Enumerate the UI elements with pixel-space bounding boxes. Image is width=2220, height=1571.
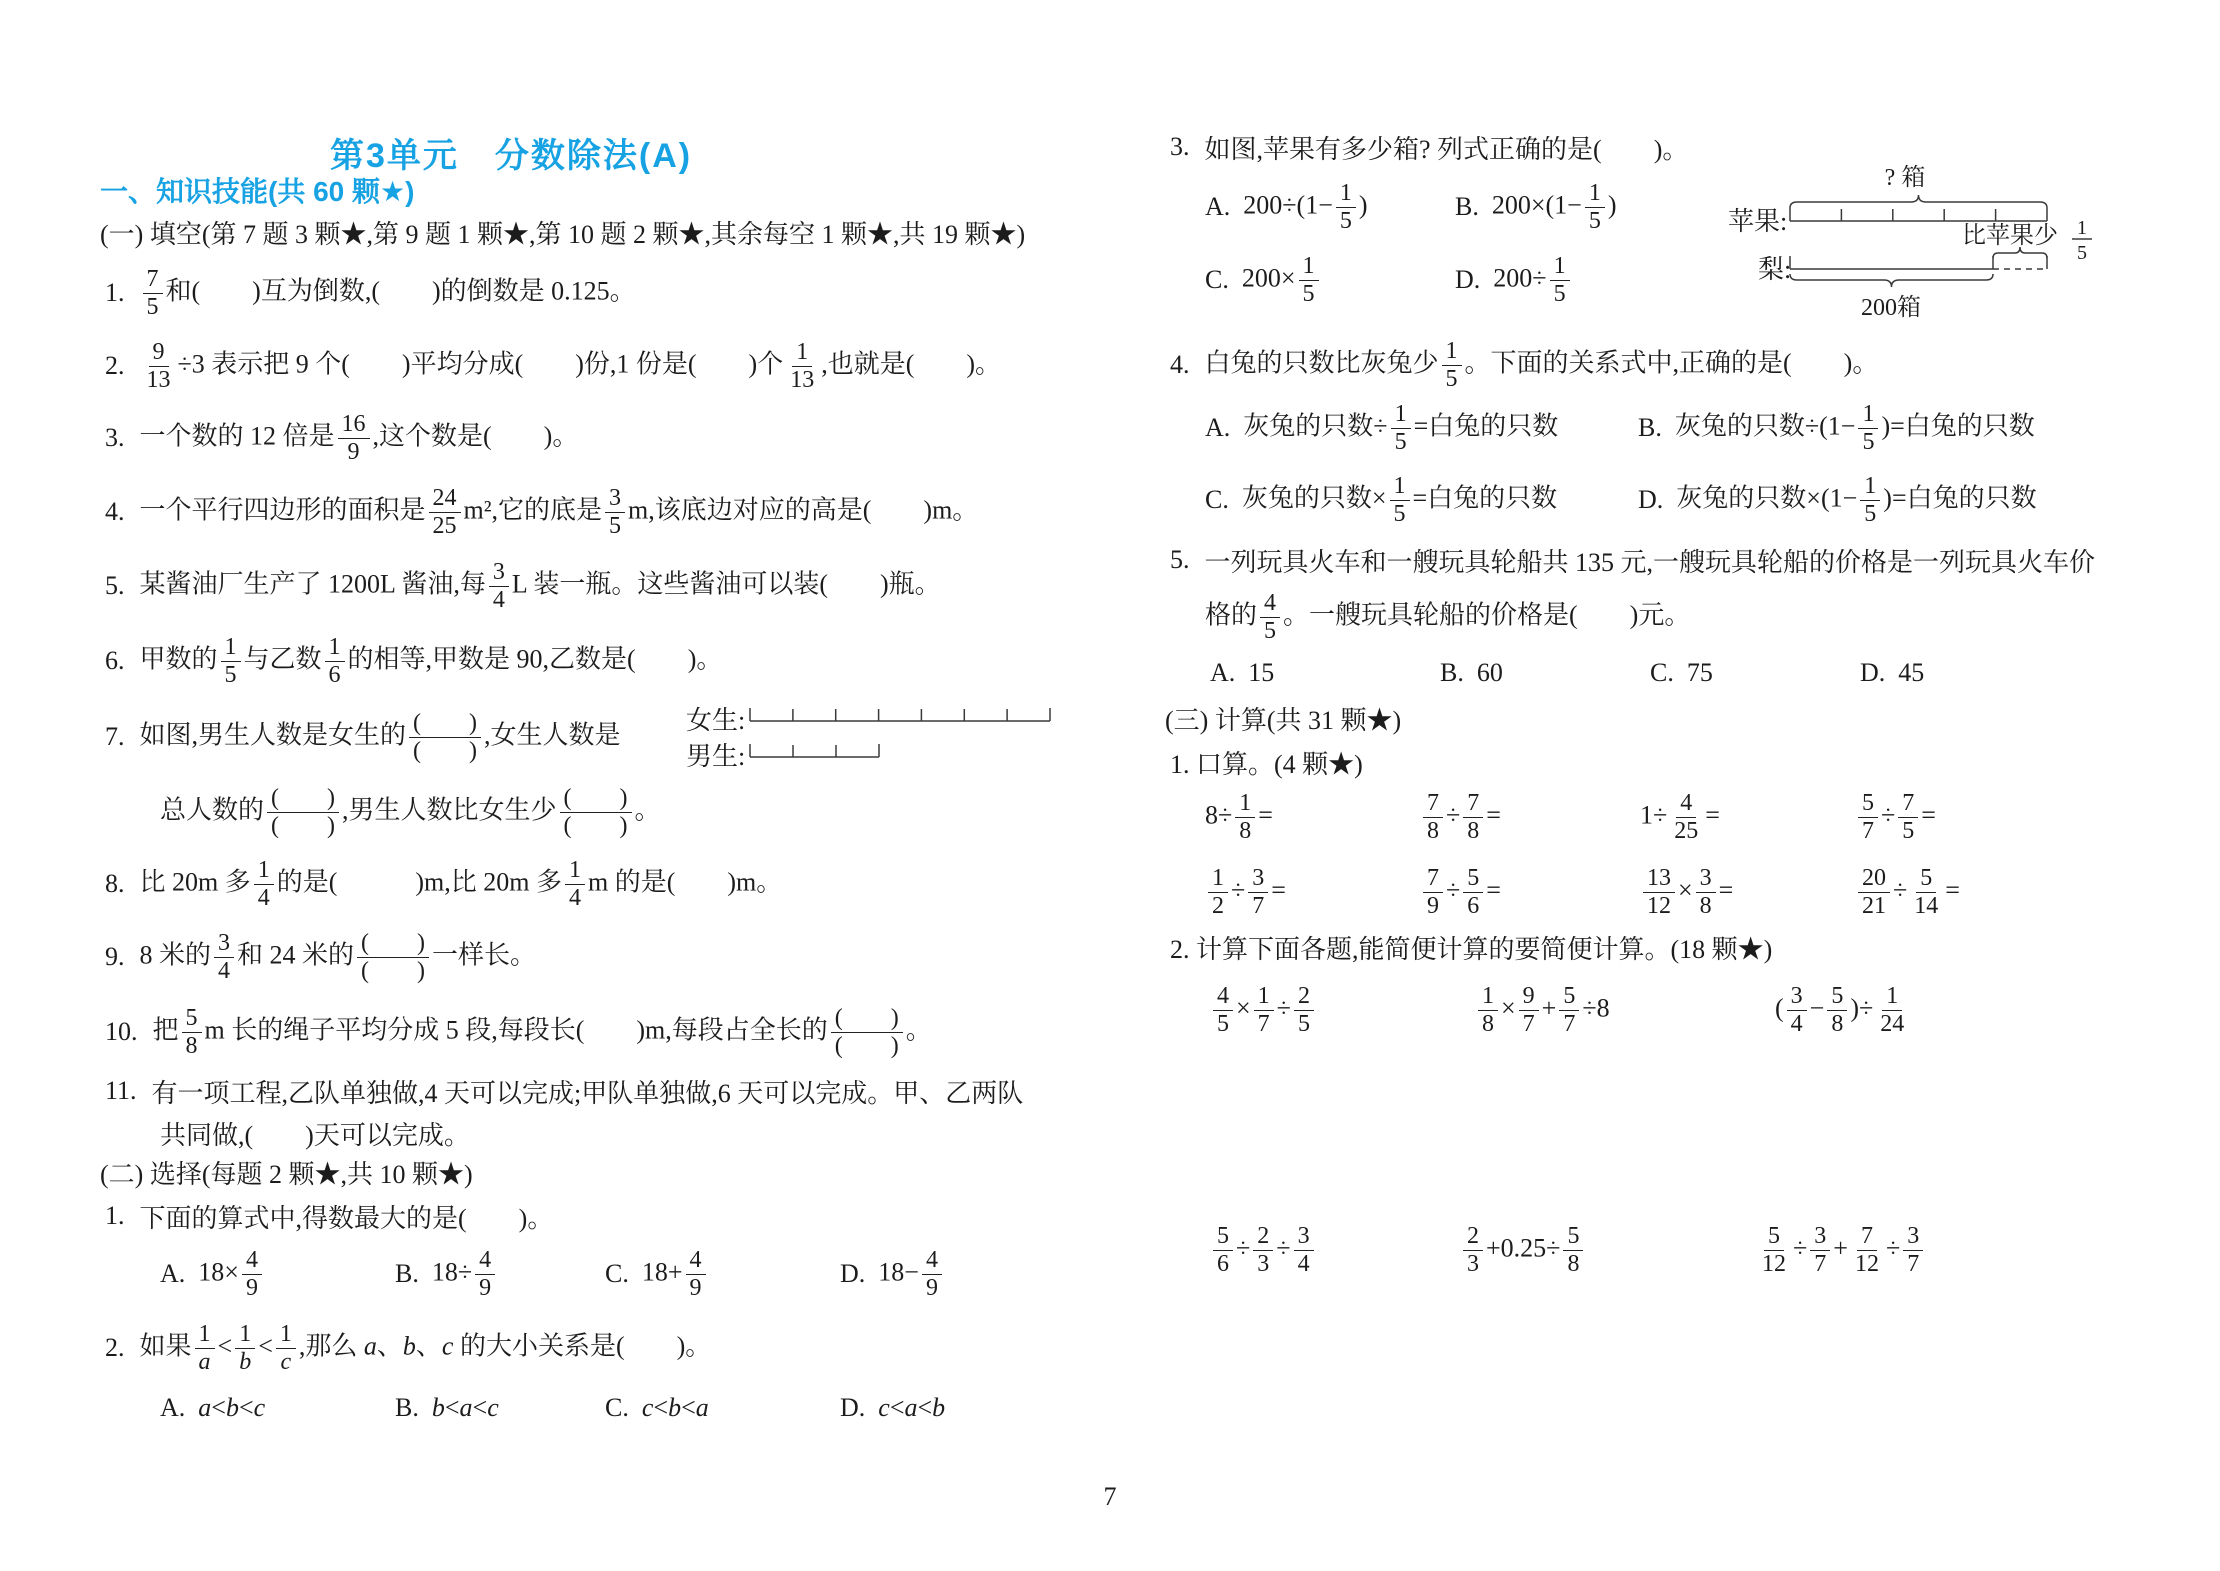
pear-label: 梨: bbox=[1758, 255, 1791, 284]
question-text: 75和( )互为倒数,( )的倒数是 0.125。 bbox=[140, 266, 636, 321]
less-fraction: 1 5 bbox=[2072, 217, 2092, 264]
question-number: 1. bbox=[105, 1201, 125, 1231]
choice-question-3-stem: 3. 如图,苹果有多少箱? 列式正确的是( )。 bbox=[1170, 115, 1688, 179]
question-text: 总人数的( )( ),男生人数比女生少( )( )。 bbox=[160, 785, 661, 840]
fill-section-heading: (一) 填空(第 7 题 3 颗★,第 9 题 1 颗★,第 10 题 2 颗★… bbox=[100, 200, 1025, 264]
option-text: 灰兔的只数×(1−15)=白兔的只数 bbox=[1676, 473, 2036, 528]
question-number: 6. bbox=[105, 646, 125, 676]
option-label: D. bbox=[840, 1259, 865, 1289]
choice4-option-c: C. 灰兔的只数×15=白兔的只数 bbox=[1205, 468, 1557, 532]
fill-question-10: 10. 把58m 长的绳子平均分成 5 段,每段长( )m,每段占全长的( )(… bbox=[105, 1000, 932, 1064]
fill-question-6: 6. 甲数的15与乙数16的相等,甲数是 90,乙数是( )。 bbox=[105, 629, 722, 693]
oral-row1-item2: 78÷78= bbox=[1420, 785, 1501, 849]
boys-bar bbox=[750, 744, 879, 757]
heading-text: 2. 计算下面各题,能简便计算的要简便计算。(18 颗★) bbox=[1170, 929, 1772, 966]
question-number: 10. bbox=[105, 1017, 138, 1047]
question-number: 3. bbox=[105, 423, 125, 453]
written-row2-item3: 512÷37+712÷37 bbox=[1755, 1218, 1926, 1282]
written-row1-item2: 18×97+57÷8 bbox=[1475, 978, 1610, 1042]
expression: 8÷18= bbox=[1205, 790, 1273, 845]
expression: (34−58)÷124 bbox=[1775, 983, 1911, 1038]
fill-question-9: 9. 8 米的34和 24 米的( )( )一样长。 bbox=[105, 925, 536, 989]
option-text: a<b<c bbox=[198, 1393, 265, 1423]
fill-question-1: 1. 75和( )互为倒数,( )的倒数是 0.125。 bbox=[105, 261, 636, 325]
question-text: 如果1a<1b<1c,那么 a、b、c 的大小关系是( )。 bbox=[140, 1321, 712, 1376]
question-text: 一个数的 12 倍是169,这个数是( )。 bbox=[140, 411, 579, 466]
underbrace-200-boxes bbox=[1790, 274, 1993, 287]
option-text: 18÷49 bbox=[432, 1247, 498, 1302]
written-calc-heading: 2. 计算下面各题,能简便计算的要简便计算。(18 颗★) bbox=[1170, 915, 1772, 979]
option-label: C. bbox=[1650, 658, 1674, 688]
option-label: B. bbox=[1638, 413, 1662, 443]
fill-question-5: 5. 某酱油厂生产了 1200L 酱油,每34L 装一瓶。这些酱油可以装( )瓶… bbox=[105, 554, 941, 618]
option-text: 60 bbox=[1477, 658, 1503, 688]
option-label: C. bbox=[605, 1393, 629, 1423]
heading-text: (一) 填空(第 7 题 3 颗★,第 9 题 1 颗★,第 10 题 2 颗★… bbox=[100, 214, 1025, 251]
apple-label: 苹果: bbox=[1728, 207, 1787, 236]
option-text: 200÷15 bbox=[1493, 253, 1572, 308]
option-text: 18+49 bbox=[642, 1247, 709, 1302]
option-label: A. bbox=[1210, 658, 1235, 688]
oral-row1-item4: 57÷75= bbox=[1855, 785, 1936, 849]
question-text: 比 20m 多14的是( )m,比 20m 多14m 的是( )m。 bbox=[140, 857, 783, 912]
written-row2-item1: 56÷23÷34 bbox=[1210, 1218, 1317, 1282]
question-text: 913÷3 表示把 9 个( )平均分成( )份,1 份是( )个113,也就是… bbox=[140, 339, 1002, 394]
option-text: 灰兔的只数÷(1−15)=白兔的只数 bbox=[1675, 401, 2035, 456]
amount-label: 200箱 bbox=[1861, 294, 1921, 321]
option-text: 45 bbox=[1898, 658, 1924, 688]
choice3-option-d: D. 200÷15 bbox=[1455, 248, 1573, 312]
choice1-option-b: B. 18÷49 bbox=[395, 1242, 498, 1306]
question-number: 7. bbox=[105, 722, 125, 752]
apple-pear-bar-diagram: ? 箱 苹果: 比苹果少 1 5 梨: 200箱 bbox=[1710, 103, 2150, 328]
oral-row1-item1: 8÷18= bbox=[1205, 785, 1273, 849]
girls-bar bbox=[750, 708, 1050, 721]
choice3-option-c: C. 200×15 bbox=[1205, 248, 1322, 312]
question-text: 甲数的15与乙数16的相等,甲数是 90,乙数是( )。 bbox=[140, 634, 723, 689]
choice5-option-d: D. 45 bbox=[1860, 641, 1924, 705]
choice4-option-b: B. 灰兔的只数÷(1−15)=白兔的只数 bbox=[1638, 396, 2035, 460]
option-label: A. bbox=[1205, 413, 1230, 443]
choice-question-5-line1: 5. 一列玩具火车和一艘玩具轮船共 135 元,一艘玩具轮船的价格是一列玩具火车… bbox=[1170, 528, 2095, 592]
written-row1-item3: (34−58)÷124 bbox=[1775, 978, 1911, 1042]
option-text: 75 bbox=[1687, 658, 1713, 688]
overbrace-apple bbox=[1790, 195, 2047, 208]
choice4-option-a: A. 灰兔的只数÷15=白兔的只数 bbox=[1205, 396, 1558, 460]
fill-question-2: 2. 913÷3 表示把 9 个( )平均分成( )份,1 份是( )个113,… bbox=[105, 334, 1001, 398]
expression: 1÷425= bbox=[1640, 790, 1720, 845]
choice2-option-d: D. c<a<b bbox=[840, 1376, 945, 1440]
written-row1-item1: 45×17÷25 bbox=[1210, 978, 1317, 1042]
question-number: 3. bbox=[1170, 132, 1190, 162]
choice1-option-c: C. 18+49 bbox=[605, 1242, 709, 1306]
expression: 79÷56= bbox=[1420, 865, 1501, 920]
choice2-option-a: A. a<b<c bbox=[160, 1376, 265, 1440]
option-label: D. bbox=[1860, 658, 1885, 688]
option-label: A. bbox=[160, 1259, 185, 1289]
question-number: 8. bbox=[105, 869, 125, 899]
question-text: 格的45。一艘玩具轮船的价格是( )元。 bbox=[1205, 590, 1690, 645]
choice1-option-a: A. 18×49 bbox=[160, 1242, 265, 1306]
apple-bar bbox=[1790, 208, 2047, 221]
less-fraction-denominator: 5 bbox=[2077, 242, 2087, 264]
option-text: 15 bbox=[1248, 658, 1274, 688]
expression: 512÷37+712÷37 bbox=[1755, 1223, 1926, 1278]
choice2-option-c: C. c<b<a bbox=[605, 1376, 709, 1440]
question-number: 2. bbox=[105, 351, 125, 381]
question-text: 白兔的只数比灰兔少15。下面的关系式中,正确的是( )。 bbox=[1205, 338, 1879, 393]
question-number: 11. bbox=[105, 1076, 137, 1106]
question-text: 把58m 长的绳子平均分成 5 段,每段长( )m,每段占全长的( )( )。 bbox=[153, 1005, 932, 1060]
choice3-option-a: A. 200÷(1−15) bbox=[1205, 175, 1368, 239]
fill-question-3: 3. 一个数的 12 倍是169,这个数是( )。 bbox=[105, 406, 578, 470]
question-number: 1. bbox=[105, 278, 125, 308]
question-number: 9. bbox=[105, 942, 125, 972]
option-label: B. bbox=[1455, 192, 1479, 222]
question-text: 如图,男生人数是女生的( )( ),女生人数是 bbox=[140, 710, 621, 765]
expression: 12÷37= bbox=[1205, 865, 1286, 920]
choice-question-4-stem: 4. 白兔的只数比灰兔少15。下面的关系式中,正确的是( )。 bbox=[1170, 333, 1878, 397]
question-boxes-label: ? 箱 bbox=[1885, 164, 1926, 191]
choice-question-5-line2: 格的45。一艘玩具轮船的价格是( )元。 bbox=[1205, 585, 1690, 649]
option-label: B. bbox=[395, 1259, 419, 1289]
boys-label: 男生: bbox=[686, 742, 745, 771]
expression: 1312×38= bbox=[1640, 865, 1733, 920]
girls-label: 女生: bbox=[686, 706, 745, 735]
question-number: 5. bbox=[1170, 545, 1190, 575]
option-text: 200×(1−15) bbox=[1492, 180, 1617, 235]
oral-row1-item3: 1÷425= bbox=[1640, 785, 1720, 849]
choice5-option-c: C. 75 bbox=[1650, 641, 1713, 705]
question-text: 如图,苹果有多少箱? 列式正确的是( )。 bbox=[1205, 129, 1689, 166]
option-text: 200÷(1−15) bbox=[1243, 180, 1367, 235]
option-text: c<b<a bbox=[642, 1393, 709, 1423]
expression: 78÷78= bbox=[1420, 790, 1501, 845]
option-label: C. bbox=[1205, 265, 1229, 295]
question-number: 2. bbox=[105, 1333, 125, 1363]
option-text: 灰兔的只数÷15=白兔的只数 bbox=[1243, 401, 1558, 456]
question-text: 下面的算式中,得数最大的是( )。 bbox=[140, 1198, 554, 1235]
expression: 18×97+57÷8 bbox=[1475, 983, 1610, 1038]
option-label: A. bbox=[1205, 192, 1230, 222]
option-text: 200×15 bbox=[1242, 253, 1322, 308]
question-text: 一列玩具火车和一艘玩具轮船共 135 元,一艘玩具轮船的价格是一列玩具火车价 bbox=[1205, 542, 2096, 579]
option-label: D. bbox=[1638, 485, 1663, 515]
question-text: 一个平行四边形的面积是2425m²,它的底是35m,该底边对应的高是( )m。 bbox=[140, 485, 979, 540]
question-text: 8 米的34和 24 米的( )( )一样长。 bbox=[140, 930, 537, 985]
option-label: C. bbox=[1205, 485, 1229, 515]
expression: 2021÷514= bbox=[1855, 865, 1960, 920]
fill-question-7-line1: 7. 如图,男生人数是女生的( )( ),女生人数是 bbox=[105, 705, 621, 769]
less-fraction-numerator: 1 bbox=[2077, 217, 2087, 239]
option-label: C. bbox=[605, 1259, 629, 1289]
less-than-apple-label: 比苹果少 bbox=[1962, 222, 2058, 249]
option-text: c<a<b bbox=[878, 1393, 945, 1423]
option-text: 18−49 bbox=[878, 1247, 945, 1302]
option-label: D. bbox=[1455, 265, 1480, 295]
option-label: B. bbox=[395, 1393, 419, 1423]
option-text: 灰兔的只数×15=白兔的只数 bbox=[1242, 473, 1557, 528]
oral-row2-item4: 2021÷514= bbox=[1855, 860, 1960, 924]
pear-bar bbox=[1790, 256, 2047, 269]
option-text: 18×49 bbox=[198, 1247, 265, 1302]
expression: 57÷75= bbox=[1855, 790, 1936, 845]
page-number: 7 bbox=[0, 1482, 2220, 1512]
choice5-option-b: B. 60 bbox=[1440, 641, 1503, 705]
question-number: 4. bbox=[105, 497, 125, 527]
question-number: 4. bbox=[1170, 350, 1190, 380]
choice2-option-b: B. b<a<c bbox=[395, 1376, 499, 1440]
choice4-option-d: D. 灰兔的只数×(1−15)=白兔的只数 bbox=[1638, 468, 2037, 532]
expression: 23+0.25÷58 bbox=[1460, 1223, 1586, 1278]
written-row2-item2: 23+0.25÷58 bbox=[1460, 1218, 1586, 1282]
expression: 45×17÷25 bbox=[1210, 983, 1317, 1038]
choice3-option-b: B. 200×(1−15) bbox=[1455, 175, 1617, 239]
fill-question-8: 8. 比 20m 多14的是( )m,比 20m 多14m 的是( )m。 bbox=[105, 852, 782, 916]
fill-question-7-line2: 总人数的( )( ),男生人数比女生少( )( )。 bbox=[160, 780, 661, 844]
option-label: A. bbox=[160, 1393, 185, 1423]
expression: 56÷23÷34 bbox=[1210, 1223, 1317, 1278]
question-text: 某酱油厂生产了 1200L 酱油,每34L 装一瓶。这些酱油可以装( )瓶。 bbox=[140, 559, 941, 614]
choice-question-1-stem: 1. 下面的算式中,得数最大的是( )。 bbox=[105, 1184, 553, 1248]
option-label: B. bbox=[1440, 658, 1464, 688]
choice1-option-d: D. 18−49 bbox=[840, 1242, 945, 1306]
option-text: b<a<c bbox=[432, 1393, 499, 1423]
question-number: 5. bbox=[105, 571, 125, 601]
fill-question-4: 4. 一个平行四边形的面积是2425m²,它的底是35m,该底边对应的高是( )… bbox=[105, 480, 978, 544]
choice-question-2-stem: 2. 如果1a<1b<1c,那么 a、b、c 的大小关系是( )。 bbox=[105, 1316, 711, 1380]
option-label: D. bbox=[840, 1393, 865, 1423]
heading-text: 1. 口算。(4 颗★) bbox=[1170, 744, 1363, 781]
boys-girls-bar-diagram: 女生: 男生: bbox=[678, 695, 1098, 779]
